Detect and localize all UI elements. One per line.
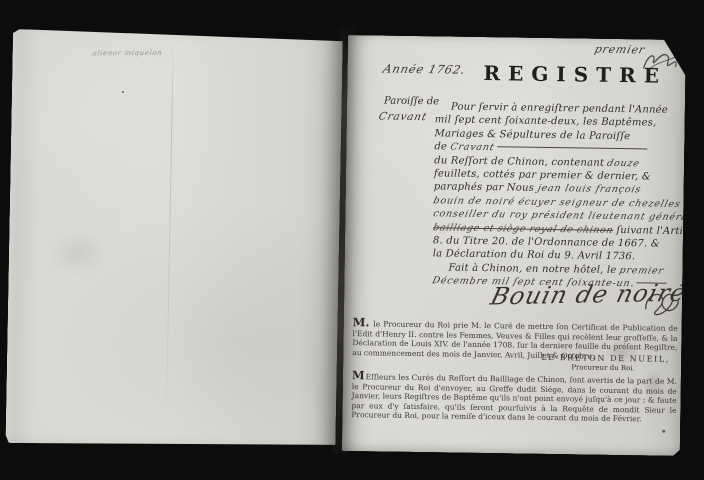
procureur-title: Procureur du Roi.: [541, 363, 665, 373]
handwritten-text: bailliage et siège royal de chinon: [432, 222, 615, 236]
paper-speck: [122, 91, 124, 93]
procureur-signoff: LE BRETON DE NUEIL, Procureur du Roi.: [541, 353, 665, 373]
signature-paraph-flourish-icon: [642, 287, 682, 318]
paper-speck: [173, 444, 176, 447]
printed-notice-cures: MEſſieurs les Curés du Reſſort du Bailli…: [351, 371, 677, 425]
notice-initial: M.: [353, 315, 370, 329]
handwritten-text: Cravant: [449, 142, 496, 154]
book-left-page: alienor miquelon: [5, 29, 343, 449]
scanned-register-photo: { "colors": { "background": "#0c0c0c", "…: [0, 0, 704, 480]
faint-handwritten-annotation: alienor miquelon: [92, 49, 163, 58]
book-right-page: premier Année 1762. REGISTRE Paroiſſe de…: [342, 35, 686, 456]
procureur-name: LE BRETON DE NUEIL,: [541, 353, 665, 364]
paper-stain: [48, 230, 109, 277]
handwritten-text: premier: [618, 265, 665, 277]
notice-initial: M: [352, 368, 365, 382]
notice-text: Eſſieurs les Curés du Reſſort du Baillia…: [351, 372, 677, 423]
scan-background: alienor miquelon premier Année 1762. REG…: [0, 0, 704, 480]
page-crease: [166, 36, 174, 433]
year-label: Année 1762.: [382, 62, 468, 77]
register-body-line: de Cravant: [434, 134, 660, 151]
handwritten-text: douze: [606, 157, 641, 168]
paper-speck: [662, 430, 665, 433]
corner-folio-note: premier: [593, 43, 646, 57]
register-title: REGISTRE: [483, 61, 667, 88]
parish-form-label: Paroiſſe de: [384, 96, 439, 108]
handwritten-text: jean louis françois: [536, 183, 642, 195]
parish-name-handwritten: Cravant: [377, 110, 428, 123]
register-body-text: Pour ſervir à enregiſtrer pendant l'Anné…: [432, 94, 661, 285]
